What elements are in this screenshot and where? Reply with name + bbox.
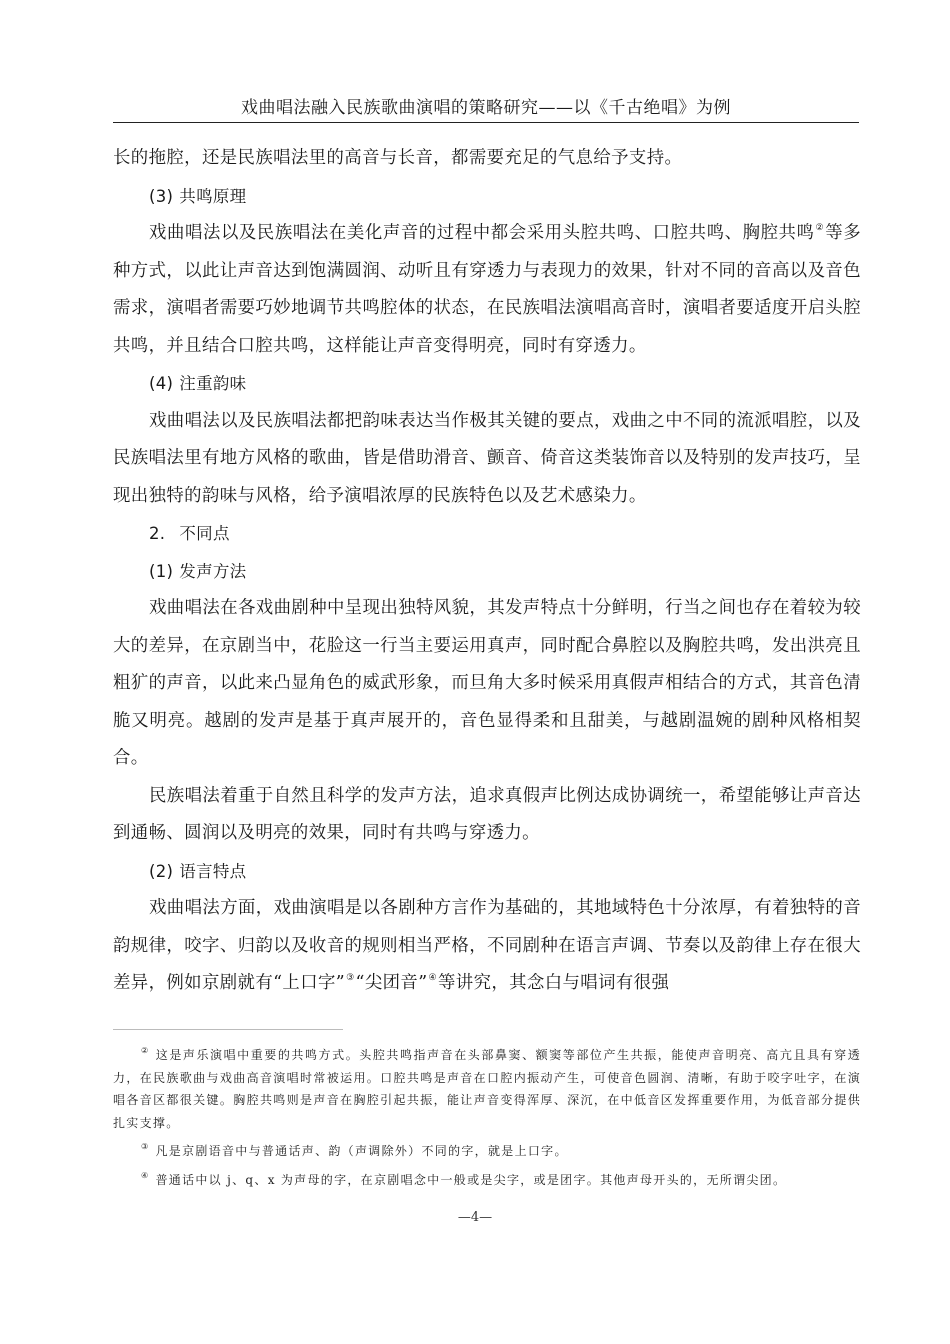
footnote-mark: ③ [141, 1142, 149, 1151]
paragraph-resonance: 戏曲唱法以及民族唱法在美化声音的过程中都会采用头腔共鸣、口腔共鸣、胸腔共鸣②等多… [113, 215, 861, 365]
running-header: 戏曲唱法融入民族歌曲演唱的策略研究——以《千古绝唱》为例 [113, 96, 859, 120]
heading-language-features: (2)语言特点 [113, 853, 861, 891]
footnotes: ②这是声乐演唱中重要的共鸣方式。头腔共鸣指声音在头部鼻窦、额窦等部位产生共振，能… [113, 1044, 861, 1197]
heading-label: 共鸣原理 [179, 187, 246, 206]
heading-label: 语言特点 [179, 862, 246, 881]
footnote-3: ③凡是京剧语音中与普通话声、韵（声调除外）不同的字，就是上口字。 [113, 1140, 861, 1163]
footnote-separator [113, 1029, 343, 1030]
text-run: 等讲究，其念白与唱词有很强 [438, 973, 669, 993]
heading-number: (3) [149, 187, 173, 206]
heading-resonance-principle: (3)共鸣原理 [113, 178, 861, 216]
heading-differences: 2.不同点 [113, 515, 861, 553]
footnote-mark: ④ [141, 1171, 149, 1180]
footnote-text: 普通话中以 j、q、x 为声母的字，在京剧唱念中一般或是尖字，或是团字。其他声母… [155, 1173, 786, 1187]
footnote-ref-2[interactable]: ② [816, 223, 825, 233]
heading-label: 注重韵味 [179, 374, 246, 393]
footnote-text: 凡是京剧语音中与普通话声、韵（声调除外）不同的字，就是上口字。 [155, 1144, 567, 1158]
text-run: 戏曲唱法以及民族唱法在美化声音的过程中都会采用头腔共鸣、口腔共鸣、胸腔共鸣 [149, 223, 815, 243]
heading-number: (4) [149, 374, 173, 393]
heading-number: (1) [149, 562, 173, 581]
footnote-ref-4[interactable]: ④ [429, 973, 437, 983]
heading-number: 2. [149, 524, 165, 543]
footnote-ref-3[interactable]: ③ [346, 973, 354, 983]
text-run: “尖团音” [356, 973, 428, 993]
footnote-4: ④普通话中以 j、q、x 为声母的字，在京剧唱念中一般或是尖字，或是团字。其他声… [113, 1169, 861, 1192]
paragraph-charm: 戏曲唱法以及民族唱法都把韵味表达当作极其关键的要点，戏曲之中不同的流派唱腔，以及… [113, 403, 861, 516]
heading-charm-emphasis: (4)注重韵味 [113, 365, 861, 403]
paragraph-language: 戏曲唱法方面，戏曲演唱是以各剧种方言作为基础的，其地域特色十分浓厚，有着独特的音… [113, 890, 861, 1003]
page-number: —4— [0, 1210, 950, 1225]
header-rule [113, 122, 859, 123]
body-text: 长的拖腔，还是民族唱法里的高音与长音，都需要充足的气息给予支持。 (3)共鸣原理… [113, 140, 861, 1003]
heading-vocal-method: (1)发声方法 [113, 553, 861, 591]
document-page: 戏曲唱法融入民族歌曲演唱的策略研究——以《千古绝唱》为例 长的拖腔，还是民族唱法… [0, 0, 950, 1344]
heading-label: 不同点 [179, 524, 229, 543]
heading-label: 发声方法 [179, 562, 246, 581]
footnote-2: ②这是声乐演唱中重要的共鸣方式。头腔共鸣指声音在头部鼻窦、额窦等部位产生共振，能… [113, 1044, 861, 1134]
paragraph-continuation: 长的拖腔，还是民族唱法里的高音与长音，都需要充足的气息给予支持。 [113, 140, 861, 178]
paragraph-opera-vocal: 戏曲唱法在各戏曲剧种中呈现出独特风貌，其发声特点十分鲜明，行当之间也存在着较为较… [113, 590, 861, 778]
heading-number: (2) [149, 862, 173, 881]
paragraph-folk-vocal: 民族唱法着重于自然且科学的发声方法，追求真假声比例达成协调统一，希望能够让声音达… [113, 778, 861, 853]
footnote-mark: ② [141, 1046, 150, 1055]
footnote-text: 这是声乐演唱中重要的共鸣方式。头腔共鸣指声音在头部鼻窦、额窦等部位产生共振，能使… [113, 1048, 861, 1130]
